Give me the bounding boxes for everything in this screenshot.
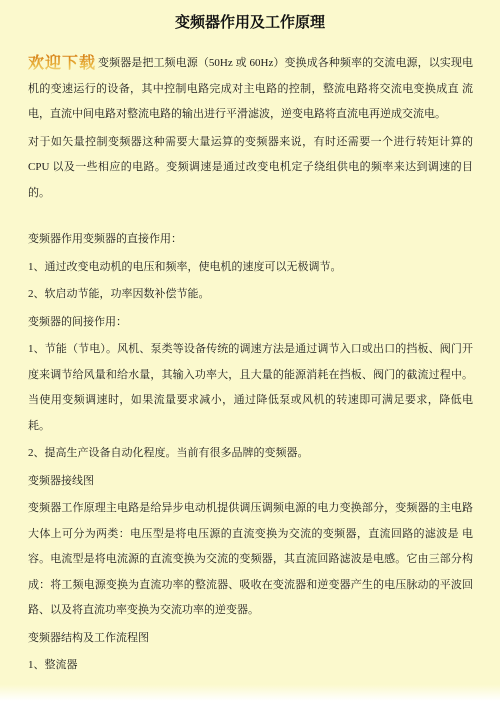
- document-title: 变频器作用及工作原理: [0, 0, 500, 33]
- paragraph: 变频器作用变频器的直接作用：: [28, 227, 473, 253]
- paragraph: 1、节能（节电）。风机、泵类等设备传统的调速方法是通过调节入口或出口的挡板、阀门…: [28, 337, 473, 439]
- document-page: 变频器作用及工作原理 欢迎下载变频器是把工频电源（50Hz 或 60Hz）变换成…: [0, 0, 500, 707]
- document-body: 欢迎下载变频器是把工频电源（50Hz 或 60Hz）变换成各种频率的交流电源，以…: [28, 51, 473, 679]
- paragraph: 2、软启动节能，功率因数补偿节能。: [28, 282, 473, 308]
- paragraph: 1、通过改变电动机的电压和频率，使电机的速度可以无极调节。: [28, 255, 473, 281]
- paragraph: 变频器结构及工作流程图: [28, 626, 473, 652]
- paragraph: 1、整流器: [28, 653, 473, 679]
- paragraph: 2、提高生产设备自动化程度。当前有很多品牌的变频器。: [28, 441, 473, 467]
- paragraph: 变频器的间接作用：: [28, 310, 473, 336]
- paragraph: 变频器接线图: [28, 469, 473, 495]
- paragraph: 对于如矢量控制变频器这种需要大量运算的变频器来说，有时还需要一个进行转矩计算的C…: [28, 130, 473, 207]
- welcome-download-watermark: 欢迎下载: [28, 54, 96, 73]
- paragraph: 欢迎下载变频器是把工频电源（50Hz 或 60Hz）变换成各种频率的交流电源，以…: [28, 51, 473, 128]
- paragraph: 变频器工作原理主电路是给异步电动机提供调压调频电源的电力变换部分，变频器的主电路…: [28, 496, 473, 624]
